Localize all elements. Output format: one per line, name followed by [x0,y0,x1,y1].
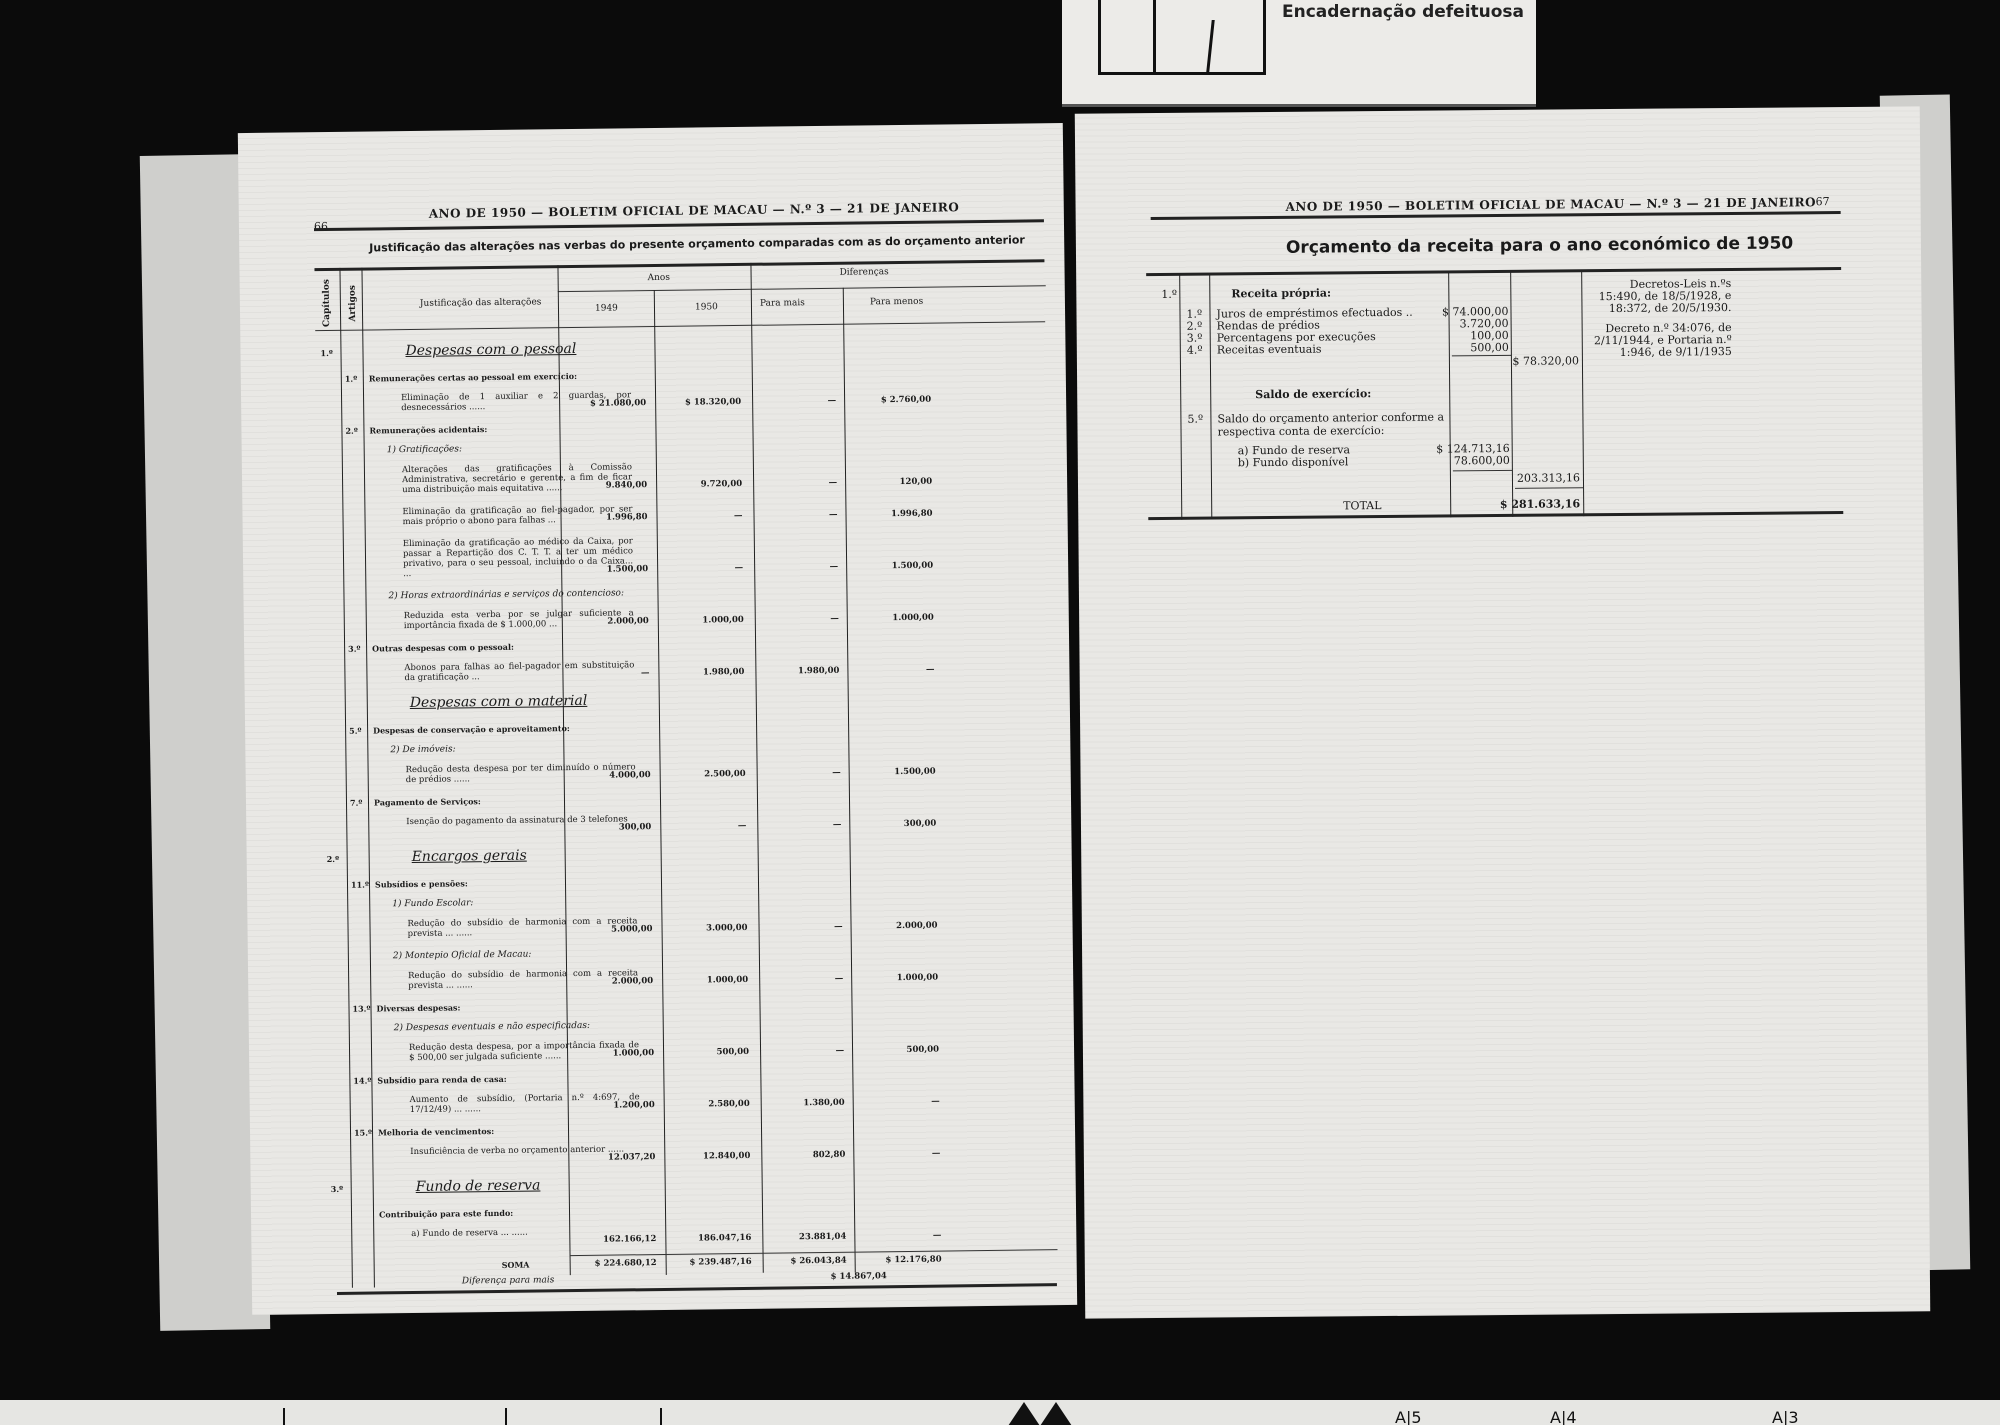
value-para-mais: — [762,922,842,933]
total-label: TOTAL [1343,499,1381,512]
binding-defect-label: Encadernação defeituosa [1062,0,1536,107]
group-subtotal: 203.313,16 [1470,471,1580,485]
value-1949: 300,00 [571,822,651,833]
item-label: Receitas eventuais [1217,343,1322,357]
article-heading: Contribuição para este fundo: [379,1208,513,1220]
value-1949: — [569,668,649,679]
header-rule [314,219,1044,231]
section-heading: Despesas com o material [410,693,588,711]
value-para-menos: 120,00 [852,477,932,488]
table-bottom-rule [337,1283,1057,1295]
header-1949: 1949 [595,303,618,313]
value-para-mais: — [763,974,843,985]
value-1950: — [662,511,742,522]
value-1949: 2.000,00 [569,616,649,627]
value-para-mais: 1.980,00 [759,666,839,677]
soma-para-mais: $ 26.043,84 [767,1256,847,1267]
table-top-rule [314,259,1044,271]
microfilm-strip [0,1400,2000,1425]
article-heading: Subsídios e pensões: [375,878,468,889]
value-para-mais: — [756,396,836,407]
legal-note-2: Decreto n.º 34:076, de 2/11/1944, e Port… [1592,322,1732,359]
subheading: 1) Fundo Escolar: [392,898,473,909]
item-label: Saldo do orçamento anterior conforme a r… [1217,410,1447,438]
section-heading: Fundo de reserva [416,1177,541,1195]
section-heading: Encargos gerais [412,848,527,865]
article-number: 13.º [352,1004,370,1014]
right-page: ANO DE 1950 — BOLETIM OFICIAL DE MACAU —… [1075,106,1930,1318]
value-1949: 2.000,00 [573,976,653,987]
value-1949: 5.000,00 [573,924,653,935]
article-number: 3.º [348,644,360,654]
item-value: 78.600,00 [1400,454,1510,468]
value-para-mais: — [757,510,837,521]
value-1950: 2.500,00 [666,769,746,780]
value-para-menos: 1.996,80 [852,509,932,520]
article-number: 7.º [350,798,362,808]
article-heading: Melhoria de vencimentos: [378,1126,494,1137]
value-para-menos: — [854,665,934,676]
value-para-menos: 2.000,00 [857,921,937,932]
value-1950: — [666,821,746,832]
value-1949: 162.166,12 [576,1234,656,1245]
article-heading: Remunerações certas ao pessoal em exercí… [369,371,577,384]
value-1949: 9.840,00 [567,480,647,491]
value-para-menos: 1.000,00 [858,973,938,984]
chapter-number: 2.º [327,854,339,864]
value-1949: 4.000,00 [571,770,651,781]
article-heading: Remunerações acidentais: [369,424,487,435]
diferenca-value: $ 14.867,04 [807,1271,887,1282]
value-para-mais: — [757,478,837,489]
article-number: 15.º [354,1128,372,1138]
value-para-mais: — [758,562,838,573]
article-heading: Despesas de conservação e aproveitamento… [373,723,570,735]
value-1950: 1.000,00 [664,615,744,626]
revenue-items: 1.ºJuros de empréstimos efectuados ..$ 7… [1075,106,1920,113]
value-1949: $ 21.080,00 [566,398,646,409]
value-para-mais: 23.881,04 [766,1232,846,1243]
value-para-menos: 1.500,00 [856,767,936,778]
value-1950: 12.840,00 [670,1151,750,1162]
value-1949: 1.000,00 [574,1048,654,1059]
header-1950: 1950 [695,302,718,312]
header-para-mais: Para mais [760,298,805,309]
chapter-number: 1.º [320,348,332,358]
header-para-menos: Para menos [870,297,923,308]
article-heading: Diversas despesas: [376,1002,460,1013]
soma-label: SOMA [502,1260,530,1270]
document-title: Orçamento da receita para o ano económic… [1286,233,1793,257]
article-heading: Pagamento de Serviços: [374,796,481,807]
subheading: 2) De imóveis: [390,744,455,755]
value-para-mais: — [761,768,841,779]
diferenca-label: Diferença para mais [462,1275,555,1286]
value-para-mais: 1.380,00 [765,1098,845,1109]
value-1950: $ 18.320,00 [661,397,741,408]
value-1949: 12.037,20 [575,1152,655,1163]
value-1949: 1.996,80 [567,512,647,523]
value-1950: 2.580,00 [670,1099,750,1110]
value-para-menos: 1.500,00 [853,561,933,572]
article-number: 2.º [345,426,357,436]
value-para-menos: 1.000,00 [854,613,934,624]
header-anos: Anos [648,273,670,283]
subheading: 1) Gratificações: [387,444,462,455]
item-label: b) Fundo disponível [1238,455,1349,469]
article-heading: Outras despesas com o pessoal: [372,642,514,654]
value-1949: 1.500,00 [568,564,648,575]
value-1950: 1.980,00 [664,667,744,678]
value-1950: 9.720,00 [662,479,742,490]
value-para-menos: — [860,1097,940,1108]
page-number: 67 [1815,195,1829,208]
value-1950: 186.047,16 [671,1233,751,1244]
article-number: 5.º [349,726,361,736]
total-value: $ 281.633,16 [1470,497,1580,511]
strip-label: A|3 [1772,1408,1799,1425]
article-number: 11.º [351,880,369,890]
header-capitulos: Capítulos [322,279,333,327]
label-text: Encadernação defeituosa [1282,2,1524,22]
header-diferencas: Diferenças [840,267,889,278]
item-value: 500,00 [1399,341,1509,355]
chapter-number: 1.º [1161,288,1177,301]
marker-triangle-icon [1008,1402,1040,1425]
left-page: 66 ANO DE 1950 — BOLETIM OFICIAL DE MACA… [238,123,1077,1315]
value-para-mais: 802,80 [765,1150,845,1161]
value-1950: 3.000,00 [668,923,748,934]
soma-1950: $ 239.487,16 [672,1257,752,1268]
value-para-menos: $ 2.760,00 [851,395,931,406]
justification-table: 1.ºDespesas com o pessoal1.ºRemunerações… [238,123,1063,133]
document-title: Justificação das alterações nas verbas d… [369,233,1025,254]
subheading: 2) Despesas eventuais e não especificada… [394,1021,590,1033]
article-number: 1.º [345,374,357,384]
header-artigos: Artigos [348,285,358,322]
marker-triangle-icon [1040,1402,1072,1425]
value-para-menos: 300,00 [856,819,936,830]
page-number: 66 [314,220,328,233]
book-sketch-icon [1098,0,1266,75]
running-head: ANO DE 1950 — BOLETIM OFICIAL DE MACAU —… [429,200,960,220]
strip-label: A|5 [1395,1408,1422,1425]
value-1950: 1.000,00 [668,975,748,986]
legal-note-1: Decretos-Leis n.ºs 15:490, de 18/5/1928,… [1591,278,1731,315]
article-heading: Subsídio para renda de casa: [377,1074,506,1086]
value-para-menos: — [860,1149,940,1160]
value-para-mais: — [759,614,839,625]
strip-label: A|4 [1550,1408,1577,1425]
section-heading: Despesas com o pessoal [405,341,576,359]
group-subtotal: $ 78.320,00 [1469,354,1579,368]
subheading: 2) Montepio Oficial de Macau: [393,950,532,962]
value-1949: 1.200,00 [575,1100,655,1111]
value-para-mais: — [764,1046,844,1057]
group-heading: Saldo de exercício: [1255,387,1371,401]
chapter-number: 3.º [331,1184,343,1194]
soma-1949: $ 224.680,12 [577,1258,657,1269]
group-heading: Receita própria: [1231,286,1331,300]
value-1950: 500,00 [669,1047,749,1058]
value-1950: — [663,563,743,574]
value-para-menos: 500,00 [859,1045,939,1056]
value-para-mais: — [761,820,841,831]
value-para-menos: — [861,1231,941,1242]
item-number: 5.º [1187,413,1203,426]
item-number: 4.º [1187,344,1203,357]
subheading: 2) Horas extraordinárias e serviços do c… [388,588,624,601]
soma-para-menos: $ 12.176,80 [862,1255,942,1266]
header-justificacao: Justificação das alterações [420,297,542,308]
article-number: 14.º [353,1076,371,1086]
